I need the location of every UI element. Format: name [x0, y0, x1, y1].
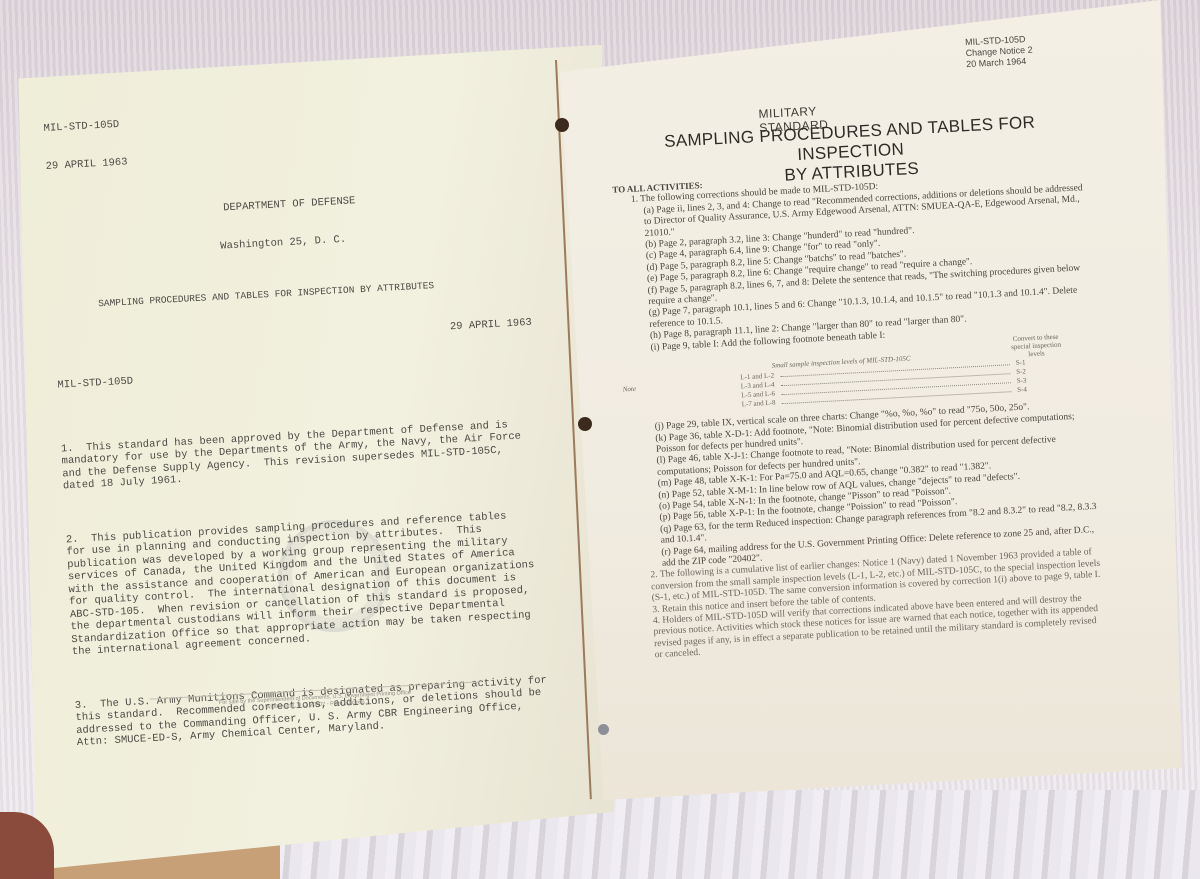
- agency-location: Washington 25, D. C.: [50, 223, 527, 261]
- binding-hole: [578, 417, 592, 431]
- binding-hole: [598, 724, 609, 735]
- table-col2-header: Convert to these special inspection leve…: [1010, 333, 1061, 360]
- standard-title: SAMPLING PROCEDURES AND TABLES FOR INSPE…: [53, 275, 530, 313]
- table-note-label: Note: [623, 385, 637, 394]
- table-cell-to: S-1: [1016, 359, 1026, 367]
- paragraph-1: 1. This standard has been approved by th…: [61, 417, 540, 493]
- table-cell-from: L-7 and L-8: [742, 399, 776, 409]
- doc-date: 29 APRIL 1963: [45, 135, 522, 173]
- doc-number: MIL-STD-105D: [43, 97, 520, 135]
- binding-hole: [555, 118, 569, 132]
- date-right: 29 APRIL 1963: [55, 316, 532, 354]
- table-cell-to: S-3: [1017, 376, 1027, 384]
- paragraph-3: 3. The U.S. Army Munitions Command is de…: [75, 674, 554, 750]
- doc-number-repeat: MIL-STD-105D: [57, 354, 534, 392]
- agency-name: DEPARTMENT OF DEFENSE: [48, 186, 525, 224]
- table-cell-to: S-2: [1016, 368, 1026, 376]
- change-notice-ref: MIL-STD-105D Change Notice 2 20 March 19…: [965, 34, 1034, 70]
- table-cell-to: S-4: [1017, 385, 1027, 393]
- paragraph-2: 2. This publication provides sampling pr…: [66, 508, 549, 659]
- notice-body: TO ALL ACTIVITIES: 1. The following corr…: [612, 160, 1106, 663]
- left-page-text: MIL-STD-105D 29 APRIL 1963 DEPARTMENT OF…: [42, 72, 554, 762]
